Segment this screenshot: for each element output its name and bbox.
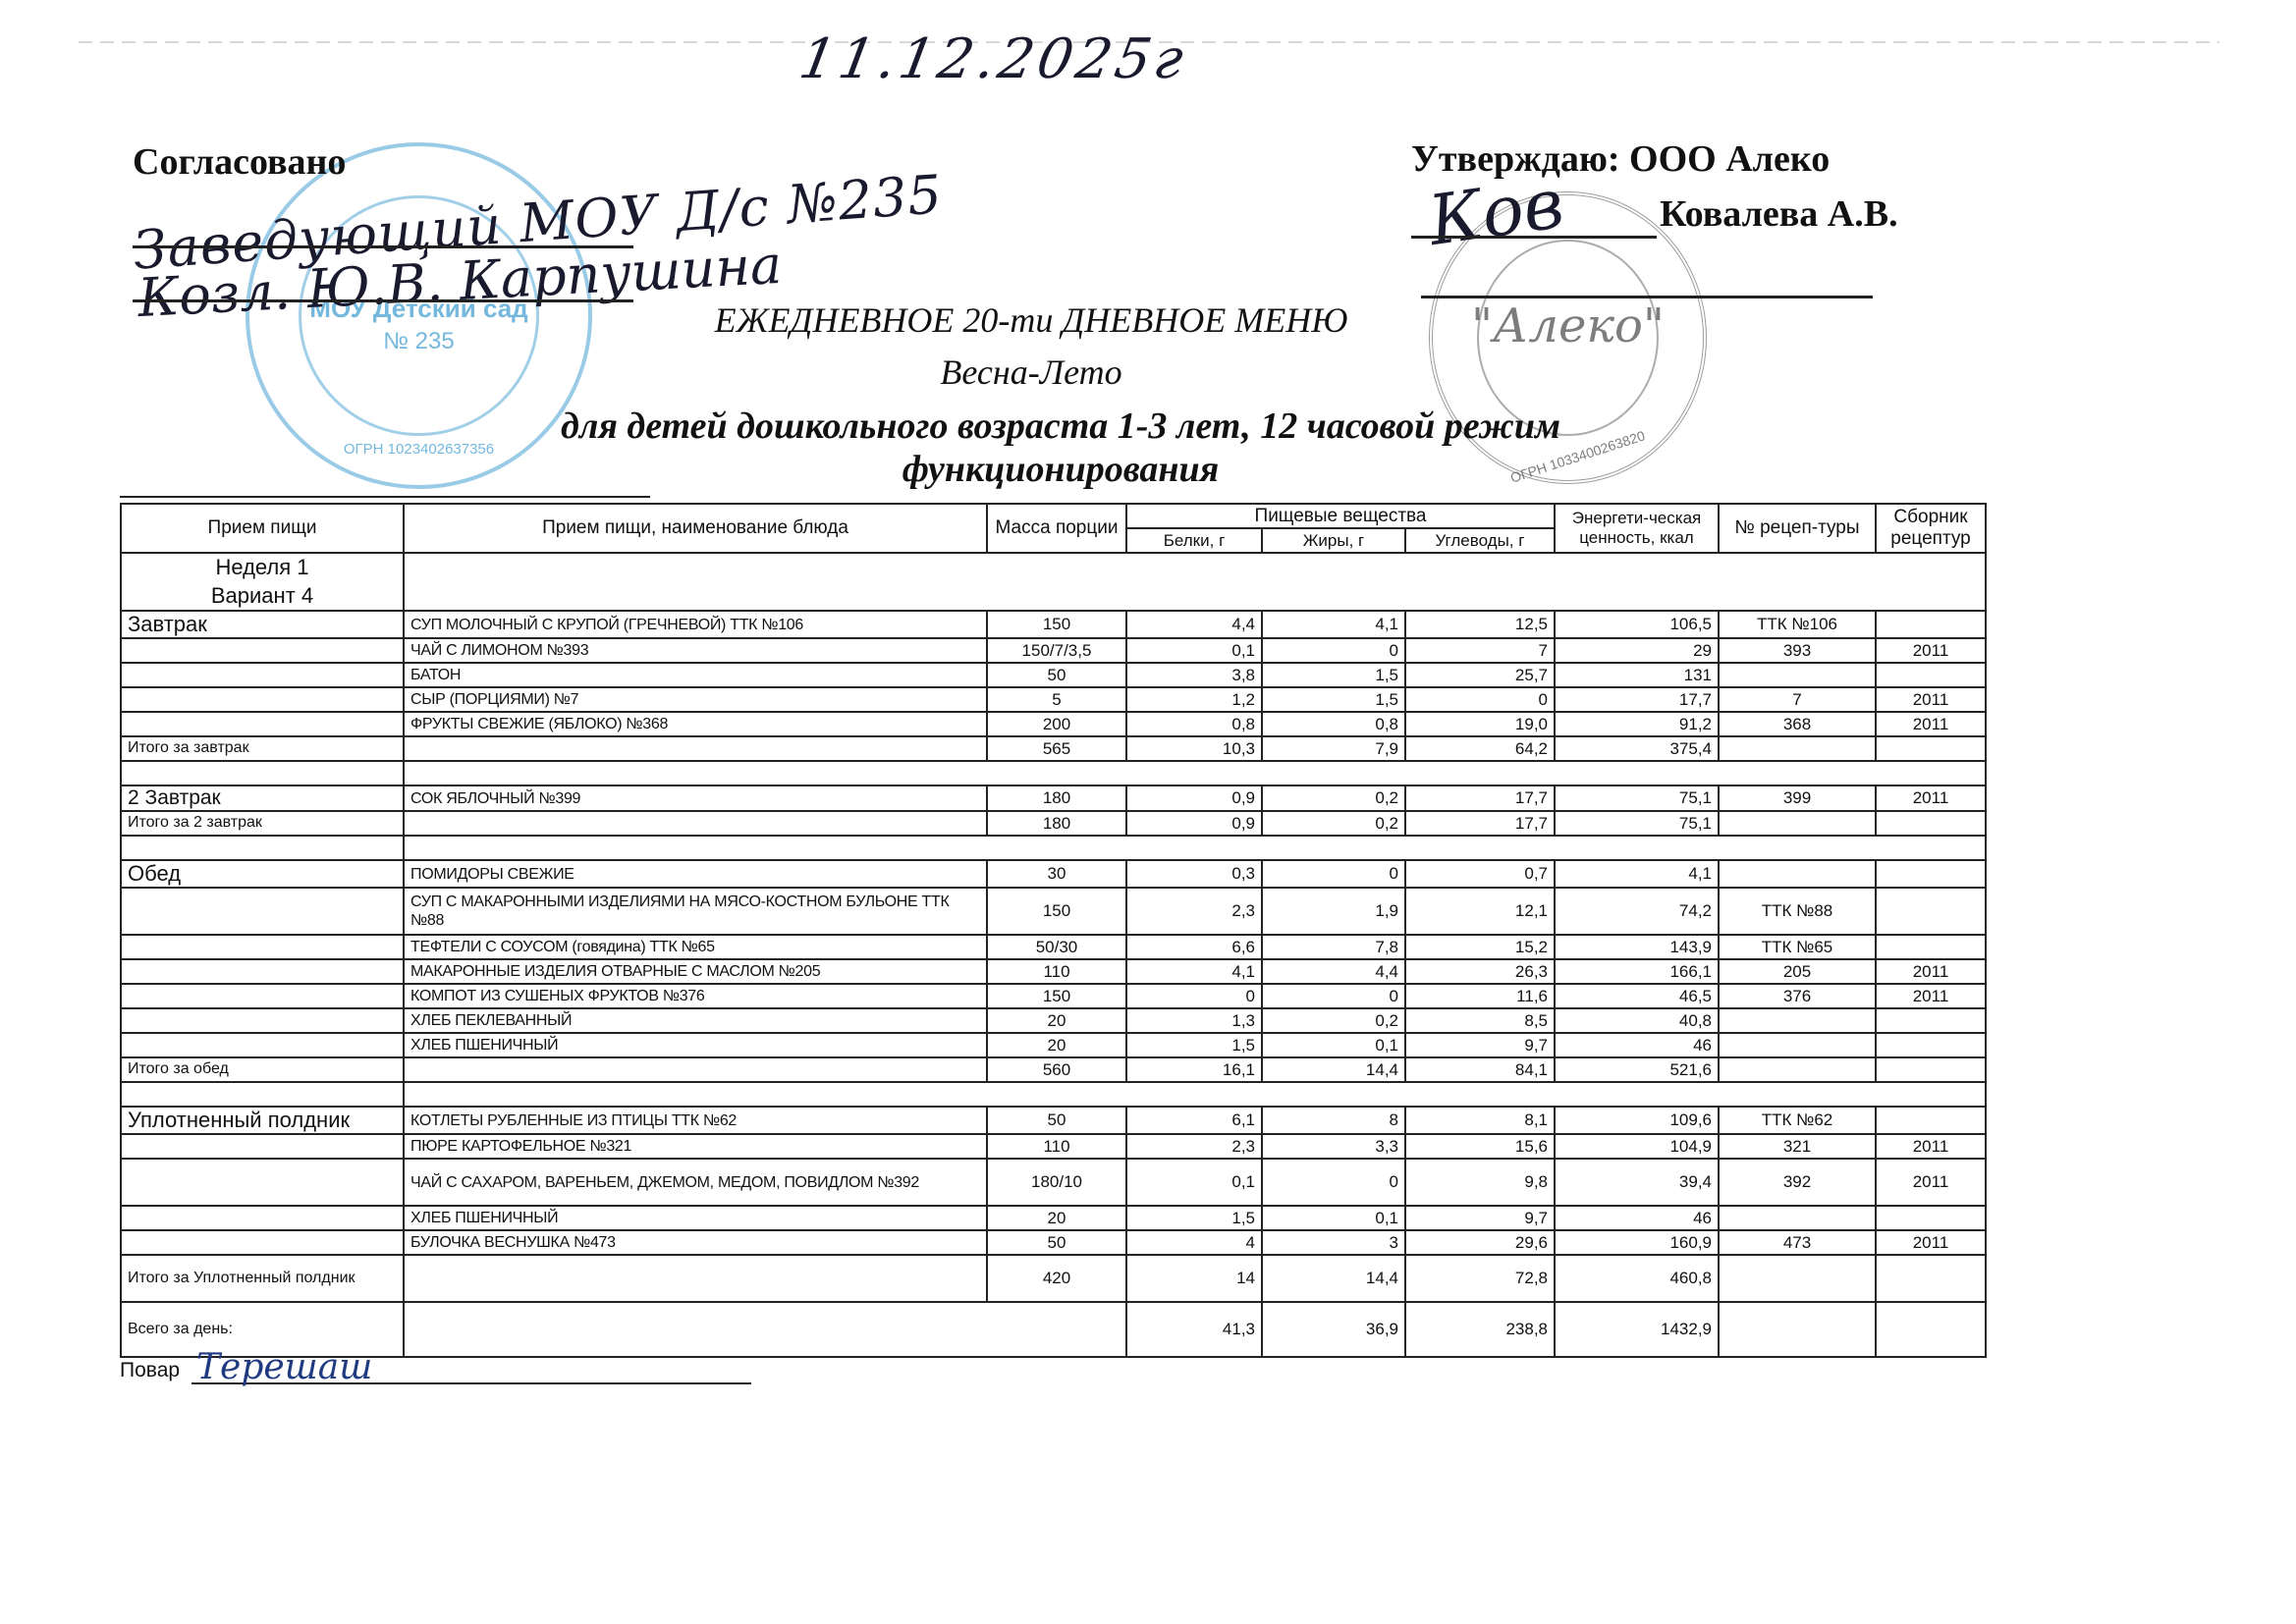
collection-cell: 2011: [1876, 984, 1986, 1008]
agreed-label: Согласовано: [133, 140, 346, 184]
dish-cell: ХЛЕБ ПЕКЛЕВАННЫЙ: [404, 1008, 987, 1033]
dish-cell: КОМПОТ ИЗ СУШЕНЫХ ФРУКТОВ №376: [404, 984, 987, 1008]
protein-cell: 4,1: [1126, 959, 1262, 984]
handwritten-date: 11.12.2025г: [794, 27, 1191, 91]
subtotal-label: Итого за завтрак: [121, 736, 404, 761]
recipe-cell: ТТК №65: [1719, 935, 1876, 959]
collection-cell: [1876, 1255, 1986, 1302]
energy-cell: 46,5: [1555, 984, 1719, 1008]
meal-cell: [121, 1008, 404, 1033]
mass-cell: 50: [987, 1107, 1126, 1134]
meal-cell: 2 Завтрак: [121, 785, 404, 811]
mass-cell: 20: [987, 1206, 1126, 1230]
approver-signature-line: [1411, 236, 1657, 239]
carbs-cell: 0: [1405, 687, 1555, 712]
fat-cell: 4,1: [1262, 611, 1405, 638]
dish-cell: ТЕФТЕЛИ С СОУСОМ (говядина) ТТК №65: [404, 935, 987, 959]
header-energy: Энергети-ческая ценность, ккал: [1555, 504, 1719, 553]
fat-cell: 7,9: [1262, 736, 1405, 761]
fat-cell: 3,3: [1262, 1134, 1405, 1159]
table-row: ФРУКТЫ СВЕЖИЕ (ЯБЛОКО) №3682000,80,819,0…: [121, 712, 1986, 736]
protein-cell: 4: [1126, 1230, 1262, 1255]
meal-cell: Завтрак: [121, 611, 404, 638]
energy-cell: 106,5: [1555, 611, 1719, 638]
fat-cell: 0,8: [1262, 712, 1405, 736]
spacer-row: [121, 836, 1986, 860]
table-row: ХЛЕБ ПШЕНИЧНЫЙ201,50,19,746: [121, 1206, 1986, 1230]
recipe-cell: [1719, 860, 1876, 888]
protein-cell: 6,1: [1126, 1107, 1262, 1134]
carbs-cell: 0,7: [1405, 860, 1555, 888]
carbs-cell: 9,8: [1405, 1159, 1555, 1206]
meal-cell: Уплотненный полдник: [121, 1107, 404, 1134]
meal-cell: [121, 687, 404, 712]
mass-cell: 565: [987, 736, 1126, 761]
spacer-row: [121, 1082, 1986, 1107]
dish-cell: ПЮРЕ КАРТОФЕЛЬНОЕ №321: [404, 1134, 987, 1159]
mass-cell: 180/10: [987, 1159, 1126, 1206]
subtotal-label: Итого за 2 завтрак: [121, 811, 404, 836]
table-row: ХЛЕБ ПЕКЛЕВАННЫЙ201,30,28,540,8: [121, 1008, 1986, 1033]
mass-cell: 30: [987, 860, 1126, 888]
dish-cell: БУЛОЧКА ВЕСНУШКА №473: [404, 1230, 987, 1255]
table-row: ТЕФТЕЛИ С СОУСОМ (говядина) ТТК №6550/30…: [121, 935, 1986, 959]
week-label: Неделя 1: [128, 554, 397, 582]
fat-cell: 1,5: [1262, 663, 1405, 687]
subtotal-row: Итого за Уплотненный полдник4201414,472,…: [121, 1255, 1986, 1302]
table-row: ЗавтракСУП МОЛОЧНЫЙ С КРУПОЙ (ГРЕЧНЕВОЙ)…: [121, 611, 1986, 638]
protein-cell: 0,9: [1126, 811, 1262, 836]
collection-cell: [1876, 888, 1986, 935]
fat-cell: 36,9: [1262, 1302, 1405, 1357]
header-carbs: Углеводы, г: [1405, 528, 1555, 553]
energy-cell: 104,9: [1555, 1134, 1719, 1159]
collection-cell: 2011: [1876, 1134, 1986, 1159]
recipe-cell: [1719, 1057, 1876, 1082]
protein-cell: 10,3: [1126, 736, 1262, 761]
mass-cell: 20: [987, 1033, 1126, 1057]
dish-cell: СУП С МАКАРОННЫМИ ИЗДЕЛИЯМИ НА МЯСО-КОСТ…: [404, 888, 987, 935]
fat-cell: 1,9: [1262, 888, 1405, 935]
collection-cell: 2011: [1876, 712, 1986, 736]
carbs-cell: 19,0: [1405, 712, 1555, 736]
stamp-number: № 235: [249, 328, 588, 355]
protein-cell: 1,5: [1126, 1033, 1262, 1057]
dish-cell: ЧАЙ С САХАРОМ, ВАРЕНЬЕМ, ДЖЕМОМ, МЕДОМ, …: [404, 1159, 987, 1206]
mass-cell: 50: [987, 663, 1126, 687]
recipe-cell: 392: [1719, 1159, 1876, 1206]
table-row: Уплотненный полдникКОТЛЕТЫ РУБЛЕННЫЕ ИЗ …: [121, 1107, 1986, 1134]
recipe-cell: [1719, 1008, 1876, 1033]
collection-cell: 2011: [1876, 687, 1986, 712]
week-variant-cell: Неделя 1 Вариант 4: [121, 553, 404, 611]
meal-cell: Обед: [121, 860, 404, 888]
protein-cell: 2,3: [1126, 1134, 1262, 1159]
carbs-cell: 15,2: [1405, 935, 1555, 959]
energy-cell: 91,2: [1555, 712, 1719, 736]
collection-cell: [1876, 860, 1986, 888]
energy-cell: 39,4: [1555, 1159, 1719, 1206]
collection-cell: 2011: [1876, 1159, 1986, 1206]
collection-cell: [1876, 1033, 1986, 1057]
table-row: МАКАРОННЫЕ ИЗДЕЛИЯ ОТВАРНЫЕ С МАСЛОМ №20…: [121, 959, 1986, 984]
collection-cell: 2011: [1876, 785, 1986, 811]
mass-cell: 200: [987, 712, 1126, 736]
energy-cell: 166,1: [1555, 959, 1719, 984]
recipe-cell: 7: [1719, 687, 1876, 712]
fat-cell: 0,2: [1262, 811, 1405, 836]
energy-cell: 109,6: [1555, 1107, 1719, 1134]
mass-cell: 180: [987, 785, 1126, 811]
carbs-cell: 17,7: [1405, 785, 1555, 811]
collection-cell: [1876, 736, 1986, 761]
mass-cell: 20: [987, 1008, 1126, 1033]
dish-cell: ХЛЕБ ПШЕНИЧНЫЙ: [404, 1206, 987, 1230]
header-protein: Белки, г: [1126, 528, 1262, 553]
dish-cell: ХЛЕБ ПШЕНИЧНЫЙ: [404, 1033, 987, 1057]
blank-cell: [404, 736, 987, 761]
carbs-cell: 238,8: [1405, 1302, 1555, 1357]
mass-cell: 420: [987, 1255, 1126, 1302]
mass-cell: 150: [987, 611, 1126, 638]
table-row: ЧАЙ С ЛИМОНОМ №393150/7/3,50,10729393201…: [121, 638, 1986, 663]
protein-cell: 0,1: [1126, 638, 1262, 663]
document-title: ЕЖЕДНЕВНОЕ 20-ти ДНЕВНОЕ МЕНЮ: [638, 299, 1424, 341]
recipe-cell: [1719, 663, 1876, 687]
recipe-cell: 205: [1719, 959, 1876, 984]
meal-cell: [121, 1134, 404, 1159]
subtotal-label: Итого за Уплотненный полдник: [121, 1255, 404, 1302]
mass-cell: 560: [987, 1057, 1126, 1082]
day-total-row: Всего за день:41,336,9238,81432,9: [121, 1302, 1986, 1357]
recipe-cell: 473: [1719, 1230, 1876, 1255]
stamp-brand: "Алеко": [1433, 298, 1703, 353]
carbs-cell: 25,7: [1405, 663, 1555, 687]
recipe-cell: ТТК №88: [1719, 888, 1876, 935]
collection-cell: [1876, 1107, 1986, 1134]
carbs-cell: 29,6: [1405, 1230, 1555, 1255]
approver-name: Ковалева А.В.: [1660, 192, 1898, 236]
fat-cell: 7,8: [1262, 935, 1405, 959]
energy-cell: 375,4: [1555, 736, 1719, 761]
header-dish: Прием пищи, наименование блюда: [404, 504, 987, 553]
meal-cell: [121, 959, 404, 984]
mass-cell: 150: [987, 984, 1126, 1008]
carbs-cell: 64,2: [1405, 736, 1555, 761]
fat-cell: 1,5: [1262, 687, 1405, 712]
variant-label: Вариант 4: [128, 582, 397, 611]
recipe-cell: ТТК №106: [1719, 611, 1876, 638]
meal-cell: [121, 638, 404, 663]
carbs-cell: 7: [1405, 638, 1555, 663]
blank-cell: [404, 553, 1986, 611]
recipe-cell: 321: [1719, 1134, 1876, 1159]
spacer-row: [121, 761, 1986, 785]
dish-cell: ПОМИДОРЫ СВЕЖИЕ: [404, 860, 987, 888]
protein-cell: 41,3: [1126, 1302, 1262, 1357]
protein-cell: 4,4: [1126, 611, 1262, 638]
carbs-cell: 15,6: [1405, 1134, 1555, 1159]
subtotal-row: Итого за завтрак56510,37,964,2375,4: [121, 736, 1986, 761]
carbs-cell: 9,7: [1405, 1033, 1555, 1057]
meal-cell: [121, 935, 404, 959]
table-row: СУП С МАКАРОННЫМИ ИЗДЕЛИЯМИ НА МЯСО-КОСТ…: [121, 888, 1986, 935]
protein-cell: 1,3: [1126, 1008, 1262, 1033]
energy-cell: 40,8: [1555, 1008, 1719, 1033]
carbs-cell: 8,5: [1405, 1008, 1555, 1033]
mass-cell: 5: [987, 687, 1126, 712]
recipe-cell: [1719, 1255, 1876, 1302]
dish-cell: МАКАРОННЫЕ ИЗДЕЛИЯ ОТВАРНЫЕ С МАСЛОМ №20…: [404, 959, 987, 984]
carbs-cell: 84,1: [1405, 1057, 1555, 1082]
dish-cell: ЧАЙ С ЛИМОНОМ №393: [404, 638, 987, 663]
approver-extra-line: [1421, 296, 1873, 298]
collection-cell: 2011: [1876, 959, 1986, 984]
header-collection: Сборник рецептур: [1876, 504, 1986, 553]
header-nutrients: Пищевые вещества: [1126, 504, 1555, 528]
recipe-cell: 399: [1719, 785, 1876, 811]
carbs-cell: 26,3: [1405, 959, 1555, 984]
table-row: 2 ЗавтракСОК ЯБЛОЧНЫЙ №3991800,90,217,77…: [121, 785, 1986, 811]
meal-cell: [121, 888, 404, 935]
fat-cell: 8: [1262, 1107, 1405, 1134]
blank-cell: [404, 1302, 1126, 1357]
audience-subtitle: для детей дошкольного возраста 1-3 лет, …: [422, 405, 1699, 491]
collection-cell: [1876, 1302, 1986, 1357]
collection-cell: [1876, 811, 1986, 836]
meal-cell: [121, 1033, 404, 1057]
subtotal-row: Итого за 2 завтрак1800,90,217,775,1: [121, 811, 1986, 836]
header-recipe-no: № рецеп-туры: [1719, 504, 1876, 553]
meal-cell: [121, 1230, 404, 1255]
fat-cell: 3: [1262, 1230, 1405, 1255]
fat-cell: 0,1: [1262, 1033, 1405, 1057]
season-subtitle: Весна-Лето: [835, 352, 1228, 393]
energy-cell: 521,6: [1555, 1057, 1719, 1082]
fat-cell: 0: [1262, 984, 1405, 1008]
protein-cell: 14: [1126, 1255, 1262, 1302]
recipe-cell: ТТК №62: [1719, 1107, 1876, 1134]
collection-cell: [1876, 1008, 1986, 1033]
recipe-cell: [1719, 811, 1876, 836]
header-fat: Жиры, г: [1262, 528, 1405, 553]
energy-cell: 1432,9: [1555, 1302, 1719, 1357]
meal-cell: [121, 984, 404, 1008]
table-row: ЧАЙ С САХАРОМ, ВАРЕНЬЕМ, ДЖЕМОМ, МЕДОМ, …: [121, 1159, 1986, 1206]
protein-cell: 0: [1126, 984, 1262, 1008]
title-underline: [120, 496, 650, 498]
protein-cell: 1,5: [1126, 1206, 1262, 1230]
recipe-cell: 376: [1719, 984, 1876, 1008]
collection-cell: [1876, 1206, 1986, 1230]
collection-cell: [1876, 935, 1986, 959]
protein-cell: 0,8: [1126, 712, 1262, 736]
dish-cell: СОК ЯБЛОЧНЫЙ №399: [404, 785, 987, 811]
collection-cell: [1876, 1057, 1986, 1082]
mass-cell: 50: [987, 1230, 1126, 1255]
recipe-cell: 393: [1719, 638, 1876, 663]
recipe-cell: [1719, 1302, 1876, 1357]
protein-cell: 6,6: [1126, 935, 1262, 959]
recipe-cell: [1719, 1033, 1876, 1057]
mass-cell: 180: [987, 811, 1126, 836]
menu-table: Прием пищи Прием пищи, наименование блюд…: [120, 503, 1987, 1358]
collection-cell: [1876, 663, 1986, 687]
energy-cell: 460,8: [1555, 1255, 1719, 1302]
energy-cell: 46: [1555, 1033, 1719, 1057]
blank-cell: [404, 761, 1986, 785]
blank-cell: [121, 836, 404, 860]
energy-cell: 160,9: [1555, 1230, 1719, 1255]
meal-cell: [121, 1159, 404, 1206]
carbs-cell: 72,8: [1405, 1255, 1555, 1302]
table-row: ОбедПОМИДОРЫ СВЕЖИЕ300,300,74,1: [121, 860, 1986, 888]
carbs-cell: 12,1: [1405, 888, 1555, 935]
carbs-cell: 8,1: [1405, 1107, 1555, 1134]
protein-cell: 1,2: [1126, 687, 1262, 712]
energy-cell: 29: [1555, 638, 1719, 663]
blank-cell: [404, 1057, 987, 1082]
energy-cell: 131: [1555, 663, 1719, 687]
fat-cell: 0,1: [1262, 1206, 1405, 1230]
blank-cell: [404, 836, 1986, 860]
protein-cell: 0,3: [1126, 860, 1262, 888]
carbs-cell: 11,6: [1405, 984, 1555, 1008]
fat-cell: 14,4: [1262, 1057, 1405, 1082]
table-row: ПЮРЕ КАРТОФЕЛЬНОЕ №3211102,33,315,6104,9…: [121, 1134, 1986, 1159]
dish-cell: СЫР (ПОРЦИЯМИ) №7: [404, 687, 987, 712]
dish-cell: ФРУКТЫ СВЕЖИЕ (ЯБЛОКО) №368: [404, 712, 987, 736]
carbs-cell: 9,7: [1405, 1206, 1555, 1230]
energy-cell: 143,9: [1555, 935, 1719, 959]
mass-cell: 110: [987, 1134, 1126, 1159]
carbs-cell: 17,7: [1405, 811, 1555, 836]
fat-cell: 4,4: [1262, 959, 1405, 984]
protein-cell: 3,8: [1126, 663, 1262, 687]
collection-cell: [1876, 611, 1986, 638]
table-row: БАТОН503,81,525,7131: [121, 663, 1986, 687]
blank-cell: [404, 811, 987, 836]
blank-cell: [404, 1255, 987, 1302]
fat-cell: 0,2: [1262, 1008, 1405, 1033]
table-row: ХЛЕБ ПШЕНИЧНЫЙ201,50,19,746: [121, 1033, 1986, 1057]
subtotal-row: Итого за обед56016,114,484,1521,6: [121, 1057, 1986, 1082]
fat-cell: 0: [1262, 1159, 1405, 1206]
agreed-signature-line-2: [133, 299, 633, 302]
mass-cell: 50/30: [987, 935, 1126, 959]
energy-cell: 17,7: [1555, 687, 1719, 712]
table-row: КОМПОТ ИЗ СУШЕНЫХ ФРУКТОВ №3761500011,64…: [121, 984, 1986, 1008]
table-row: СЫР (ПОРЦИЯМИ) №751,21,5017,772011: [121, 687, 1986, 712]
energy-cell: 75,1: [1555, 785, 1719, 811]
energy-cell: 4,1: [1555, 860, 1719, 888]
blank-cell: [121, 1082, 404, 1107]
meal-cell: [121, 712, 404, 736]
collection-cell: 2011: [1876, 638, 1986, 663]
carbs-cell: 12,5: [1405, 611, 1555, 638]
meal-cell: [121, 663, 404, 687]
protein-cell: 0,9: [1126, 785, 1262, 811]
cook-label: Повар: [120, 1359, 180, 1382]
dish-cell: БАТОН: [404, 663, 987, 687]
recipe-cell: [1719, 736, 1876, 761]
fat-cell: 14,4: [1262, 1255, 1405, 1302]
meal-cell: [121, 1206, 404, 1230]
dish-cell: СУП МОЛОЧНЫЙ С КРУПОЙ (ГРЕЧНЕВОЙ) ТТК №1…: [404, 611, 987, 638]
protein-cell: 16,1: [1126, 1057, 1262, 1082]
dish-cell: КОТЛЕТЫ РУБЛЕННЫЕ ИЗ ПТИЦЫ ТТК №62: [404, 1107, 987, 1134]
recipe-cell: 368: [1719, 712, 1876, 736]
fat-cell: 0: [1262, 638, 1405, 663]
recipe-cell: [1719, 1206, 1876, 1230]
mass-cell: 150: [987, 888, 1126, 935]
blank-cell: [404, 1082, 1986, 1107]
energy-cell: 74,2: [1555, 888, 1719, 935]
collection-cell: 2011: [1876, 1230, 1986, 1255]
header-meal: Прием пищи: [121, 504, 404, 553]
energy-cell: 75,1: [1555, 811, 1719, 836]
fat-cell: 0,2: [1262, 785, 1405, 811]
fat-cell: 0: [1262, 860, 1405, 888]
blank-cell: [121, 761, 404, 785]
energy-cell: 46: [1555, 1206, 1719, 1230]
subtotal-label: Итого за обед: [121, 1057, 404, 1082]
header-mass: Масса порции: [987, 504, 1126, 553]
cook-signature: Терешаш: [196, 1347, 372, 1387]
mass-cell: 150/7/3,5: [987, 638, 1126, 663]
table-row: БУЛОЧКА ВЕСНУШКА №473504329,6160,9473201…: [121, 1230, 1986, 1255]
protein-cell: 0,1: [1126, 1159, 1262, 1206]
protein-cell: 2,3: [1126, 888, 1262, 935]
mass-cell: 110: [987, 959, 1126, 984]
